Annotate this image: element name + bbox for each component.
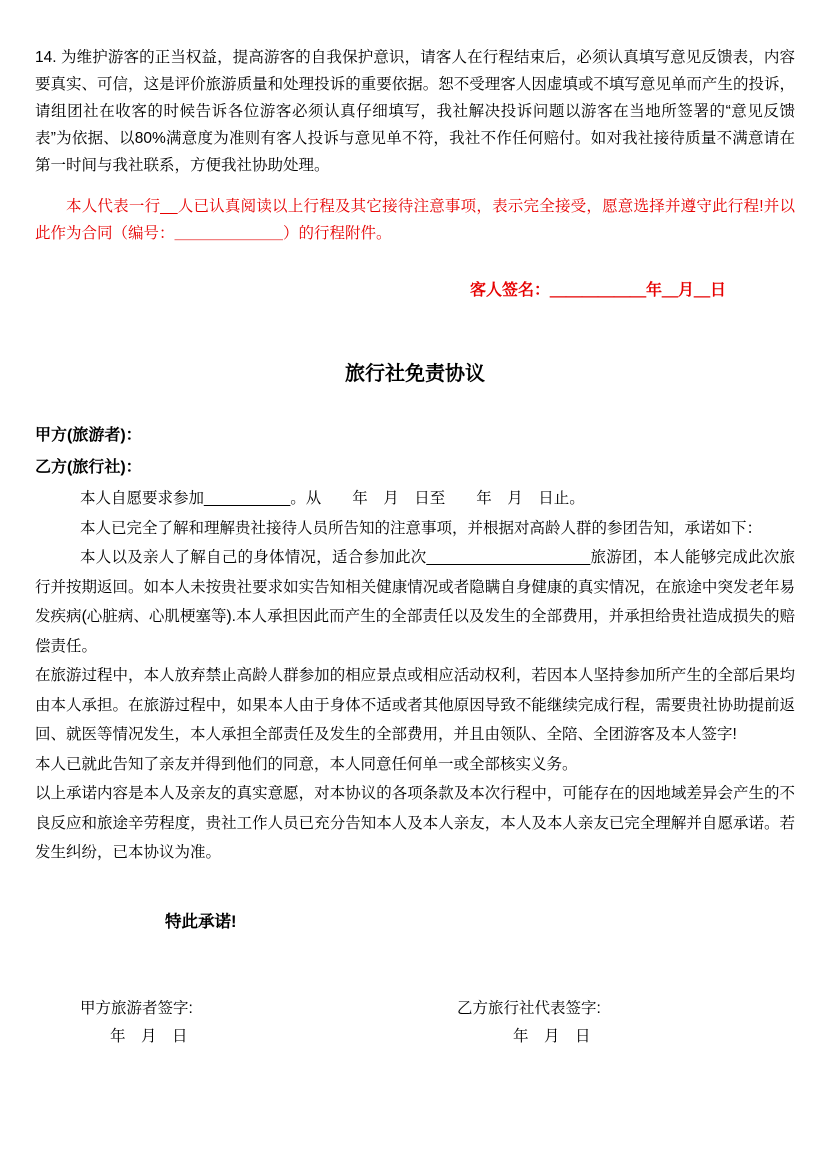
party-a-signature-block: 甲方旅游者签字: 年 月 日 bbox=[80, 995, 193, 1051]
party-b-label: 乙方(旅行社)： bbox=[35, 452, 795, 484]
agreement-paragraph-family-consent: 本人已就此告知了亲友并得到他们的同意，本人同意任何单一或全部核实义务。 bbox=[35, 750, 795, 780]
party-b-signature-block: 乙方旅行社代表签字: 年 月 日 bbox=[457, 995, 601, 1051]
agreement-title: 旅行社免责协议 bbox=[35, 362, 795, 386]
party-b-signature-label: 乙方旅行社代表签字: bbox=[457, 995, 601, 1023]
signature-section: 甲方旅游者签字: 年 月 日 乙方旅行社代表签字: 年 月 日 bbox=[35, 995, 795, 1065]
clause-14-text: 14. 为维护游客的正当权益，提高游客的自我保护意识，请客人在行程结束后，必须认… bbox=[35, 44, 795, 179]
agreement-paragraph-final-consent: 以上承诺内容是本人及亲友的真实意愿，对本协议的各项条款及本次行程中，可能存在的因… bbox=[35, 779, 795, 868]
agreement-paragraph-acknowledgement: 本人已完全了解和理解贵社接待人员所告知的注意事项，并根据对高龄人群的参团告知，承… bbox=[35, 514, 795, 544]
party-b-date-line: 年 月 日 bbox=[513, 1023, 601, 1051]
acceptance-statement: 本人代表一行__人已认真阅读以上行程及其它接待注意事项，表示完全接受，愿意选择并… bbox=[35, 193, 795, 247]
party-a-label: 甲方(旅游者)： bbox=[35, 420, 795, 452]
agreement-paragraph-health: 本人以及亲人了解自己的身体情况，适合参加此次__________________… bbox=[35, 543, 795, 661]
promise-statement: 特此承诺! bbox=[165, 908, 795, 932]
agreement-paragraph-waiver: 在旅游过程中，本人放弃禁止高龄人群参加的相应景点或相应活动权利，若因本人坚持参加… bbox=[35, 661, 795, 750]
document-page: 14. 为维护游客的正当权益，提高游客的自我保护意识，请客人在行程结束后，必须认… bbox=[0, 0, 828, 1170]
party-a-date-line: 年 月 日 bbox=[110, 1023, 193, 1051]
party-a-signature-label: 甲方旅游者签字: bbox=[80, 995, 193, 1023]
guest-signature-line: 客人签名：＿＿＿＿＿＿年＿月＿日 bbox=[470, 277, 795, 300]
agreement-paragraph-enrollment: 本人自愿要求参加__________。从 年 月 日至 年 月 日止。 bbox=[35, 484, 795, 514]
